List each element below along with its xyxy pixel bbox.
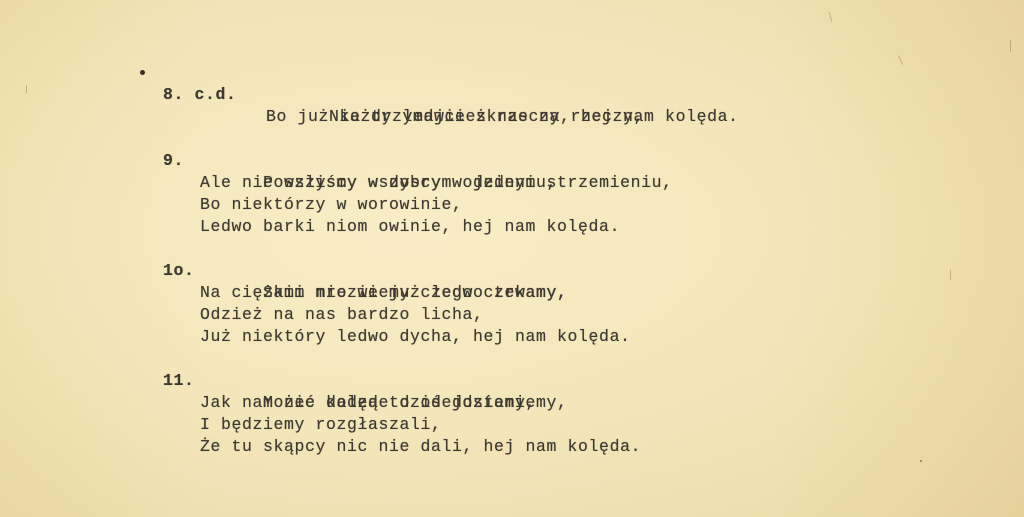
paper-fiber: [26, 85, 27, 93]
continuation-marker: c.d.: [195, 85, 237, 104]
lyric-line: Już niektóry ledwo dycha, hej nam kolęda…: [200, 327, 631, 346]
lyric-line: Odzież na nas bardzo licha,: [200, 305, 484, 324]
stanza-line: Ledwo barki niom owinie, hej nam kolęda.: [163, 216, 739, 238]
stanza-line: 11.Możeć kolęde dziś dostaniemy,: [163, 370, 739, 392]
lyric-line: Jak nam nie dadzą to odejdziemy,: [200, 393, 536, 412]
paper-fiber: [1010, 40, 1011, 52]
stanza-number: 1o.: [163, 260, 195, 282]
ink-speck: [140, 70, 145, 75]
paper-fiber: [950, 270, 951, 280]
stanza-8: 8. c.d.Nie trzymajcież nas na rzeczy, Bo…: [163, 84, 739, 128]
stanza-11: 11.Możeć kolęde dziś dostaniemy, Jak nam…: [163, 370, 739, 458]
stanza-line: I będziemy rozgłaszali,: [163, 414, 739, 436]
lyric-line: Ale nie wszyscy w dobrym odzieniu,: [200, 173, 557, 192]
stanza-line: 9.Poszliśmy wszyscy w jednym strzemieniu…: [163, 150, 739, 172]
lyric-line: Że tu skąpcy nic nie dali, hej nam kolęd…: [200, 437, 641, 456]
stanza-10: 1o.Sami nie wiemy czego czekamy, Na cięż…: [163, 260, 739, 348]
lyric-line: Bo niektórzy w worowinie,: [200, 195, 463, 214]
stanza-number: 8. c.d.: [163, 84, 237, 106]
stanza-number: 9.: [163, 150, 184, 172]
lyric-line: I będziemy rozgłaszali,: [200, 415, 442, 434]
stanza-line: Że tu skąpcy nic nie dali, hej nam kolęd…: [163, 436, 739, 458]
stanza-line: 1o.Sami nie wiemy czego czekamy,: [163, 260, 739, 282]
stanza-line: Jak nam nie dadzą to odejdziemy,: [163, 392, 739, 414]
stanza-line: Odzież na nas bardzo licha,: [163, 304, 739, 326]
stanza-line: Bo niektórzy w worowinie,: [163, 194, 739, 216]
stanza-line: Bo już każdy ledwie skrzeczy, hej nam ko…: [163, 106, 739, 128]
stanza-number-text: 8.: [163, 85, 184, 104]
stanza-line: Ale nie wszyscy w dobrym odzieniu,: [163, 172, 739, 194]
ink-speck: [920, 460, 922, 462]
stanza-line: 8. c.d.Nie trzymajcież nas na rzeczy,: [163, 84, 739, 106]
stanza-line: Na ciężkim mrozie już ledwo trwamy,: [163, 282, 739, 304]
stanza-number: 11.: [163, 370, 195, 392]
stanza-9: 9.Poszliśmy wszyscy w jednym strzemieniu…: [163, 150, 739, 238]
lyric-line: Ledwo barki niom owinie, hej nam kolęda.: [200, 217, 620, 236]
stanza-line: Już niektóry ledwo dycha, hej nam kolęda…: [163, 326, 739, 348]
lyric-line: Na ciężkim mrozie już ledwo trwamy,: [200, 283, 568, 302]
typewritten-lyrics: 8. c.d.Nie trzymajcież nas na rzeczy, Bo…: [163, 84, 739, 480]
lyric-line: Bo już każdy ledwie skrzeczy, hej nam ko…: [266, 107, 739, 126]
